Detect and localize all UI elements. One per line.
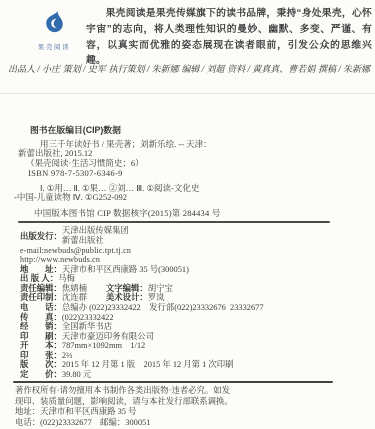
copyright-notice-line-2: 现印、装质量问题，影响阅读，请与本社发行部联系调换。 xyxy=(15,397,367,408)
pub-row-price: 定 价： 39.80 元 xyxy=(20,370,370,380)
pub-row-distribution: 经 销： 全国新华书店 xyxy=(20,322,370,332)
footer-phone-line: 电话：(022)23332677 邮编：300051 xyxy=(15,418,367,429)
pub-row-format: 开 本： 787mm×1092mm 1/12 xyxy=(20,341,370,351)
scanned-copyright-page: 果壳阅读 果壳阅读是果壳传媒旗下的读书品牌，秉持“身处果壳，心怀宇宙”的志向，将… xyxy=(0,0,375,429)
pub-row-label-2: 美术设计： xyxy=(106,293,148,303)
publication-info-block: 出版发行： 天津出版传媒集团 新蕾出版社 e-mail:newbuds@publ… xyxy=(20,226,370,379)
copyright-notice-line-1: 著作权所有·请勿擅用本书制作各类出版物·违者必究。如发 xyxy=(15,386,367,397)
cip-registry-line: 中国版本图书馆 CIP 数据核字(2015)第 284434 号 xyxy=(30,209,365,219)
credit-writer: 撰稿 / 朱新娜 xyxy=(318,62,370,75)
pub-row-sheets: 印 张： 2⅔ xyxy=(20,351,370,361)
credit-producer: 出品人 / 小庄 xyxy=(8,62,60,75)
guokr-logo-caption: 果壳阅读 xyxy=(22,42,86,51)
brand-intro-paragraph: 果壳阅读是果壳传媒旗下的读书品牌，秉持“身处果壳，心怀宇宙”的志向，将人类理性知… xyxy=(86,6,372,69)
pub-row-telephone: 电 话： 总编办 (022)23332422 发行部(022)23332676 … xyxy=(20,303,370,313)
brand-header: 果壳阅读 果壳阅读是果壳传媒旗下的读书品牌，秉持“身处果壳，心怀宇宙”的志向，将… xyxy=(22,6,372,69)
publisher-imprint-name: 新蕾出版社 xyxy=(62,236,129,246)
credit-editor: 编辑 / 刘超 xyxy=(181,62,224,75)
pub-row-label: 定 价： xyxy=(20,370,62,380)
publisher-email: e-mail:newbuds@public.tpt.tj.cn xyxy=(20,246,370,255)
pub-row-value: 天津市豪迈印务有限公司 xyxy=(62,332,154,342)
pub-row-value: 2015 年 12 月第 1 版 2015 年 12 月第 1 次印刷 xyxy=(62,360,234,370)
cip-classification: Ⅰ. ①用… Ⅱ. ①果… ②刘… Ⅲ. ①阅读-文化史 -中国-儿童读物 Ⅳ.… xyxy=(30,184,365,203)
pub-row-edition: 版 次： 2015 年 12 月第 1 版 2015 年 12 月第 1 次印刷 xyxy=(20,360,370,370)
publisher-website: http://www.newbuds.cn xyxy=(20,255,370,264)
cip-class-line-2: -中国-儿童读物 Ⅳ. ①G252-092 xyxy=(14,193,365,203)
pub-row-printer: 印 刷： 天津市豪迈印务有限公司 xyxy=(20,332,370,342)
pub-row-value: 全国新华书店 xyxy=(62,322,112,332)
credit-executive-planner: 执行策划 / 朱新娜 xyxy=(109,62,179,75)
footer-address-line: 地址：天津市和平区西康路 35 号 xyxy=(15,407,367,418)
credit-research: 资料 / 黄真真、曹若娟 xyxy=(227,62,315,75)
pub-row-value: 沈连群 xyxy=(62,293,106,303)
pub-row-value: (022)23332422 xyxy=(62,313,114,323)
scan-fold-line xyxy=(0,93,375,94)
copyright-notice-block: 著作权所有·请勿擅用本书制作各类出版物·违者必究。如发 现印、装质量问题，影响阅… xyxy=(15,386,367,428)
divider-rule-bottom xyxy=(13,381,333,383)
publisher-names: 天津出版传媒集团 新蕾出版社 xyxy=(62,226,129,246)
credit-planner: 策划 / 史军 xyxy=(63,62,106,75)
cip-isbn-line: ISBN 978-7-5307-6346-9 xyxy=(28,169,365,179)
cip-heading: 图书在版编目(CIP)数据 xyxy=(30,126,365,136)
publisher-label: 出版发行： xyxy=(20,231,62,241)
pub-row-value: 天津市和平区西康路 35 号(300051) xyxy=(62,265,189,275)
pub-row-publisher-person: 出 版 人： 马梅 xyxy=(20,274,370,284)
pub-row-value: 39.80 元 xyxy=(62,370,91,380)
pub-row-value: 787mm×1092mm 1/12 xyxy=(62,341,145,351)
guokr-logo-block: 果壳阅读 xyxy=(22,6,86,69)
pub-row-value: 总编办 (022)23332422 发行部(022)23332676 23332… xyxy=(62,303,264,313)
cip-block: 图书在版编目(CIP)数据 用三千年读好书 / 果壳著；刘新乐绘. -- 天津：… xyxy=(30,126,365,219)
publisher-group-name: 天津出版传媒集团 xyxy=(62,226,129,236)
pub-row-value-2: 罗岚 xyxy=(148,293,165,303)
guokr-nutshell-logo-icon xyxy=(43,10,65,34)
divider-rule-top xyxy=(18,221,330,223)
pub-row-value: 2⅔ xyxy=(62,351,72,361)
pub-row-address: 地 址： 天津市和平区西康路 35 号(300051) xyxy=(20,265,370,275)
credits-line: 出品人 / 小庄 策划 / 史军 执行策划 / 朱新娜 编辑 / 刘超 资料 /… xyxy=(8,62,370,75)
publisher-row: 出版发行： 天津出版传媒集团 新蕾出版社 xyxy=(20,226,370,246)
pub-row-print-design: 责任印制： 沈连群 美术设计： 罗岚 xyxy=(20,293,370,303)
pub-row-fax: 传 真： (022)23332422 xyxy=(20,313,370,323)
